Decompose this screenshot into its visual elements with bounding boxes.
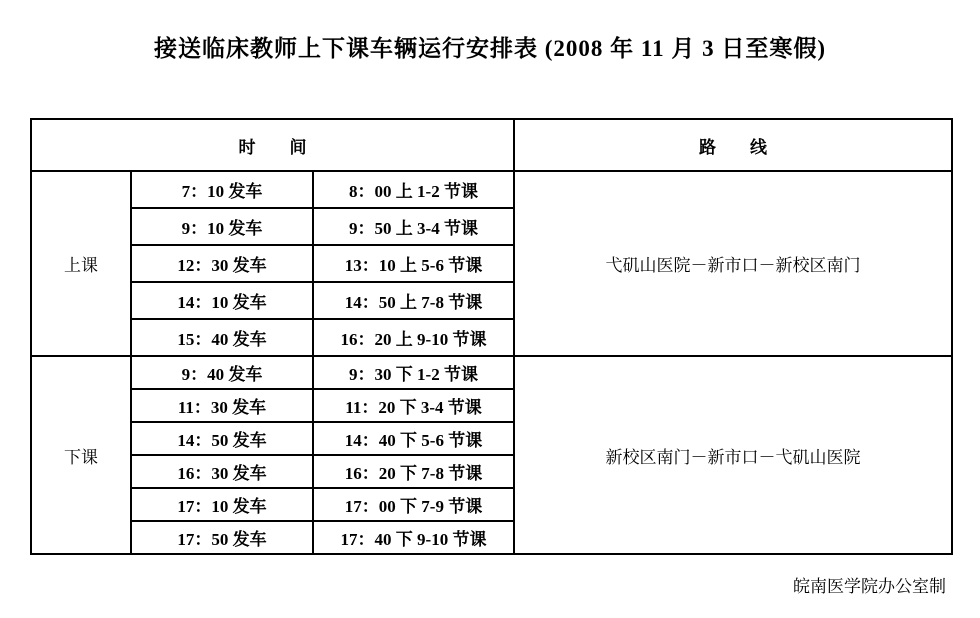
departure-time-cell: 11：30 发车 xyxy=(131,389,313,422)
route-to-class: 弋矶山医院－新市口－新校区南门 xyxy=(514,171,952,356)
class-time-cell: 16：20 下 7-8 节课 xyxy=(313,455,514,488)
departure-time-cell: 9：40 发车 xyxy=(131,356,313,389)
time-column-header: 时 间 xyxy=(31,119,514,171)
departure-time-cell: 16：30 发车 xyxy=(131,455,313,488)
class-time-cell: 8：00 上 1-2 节课 xyxy=(313,171,514,208)
document-title: 接送临床教师上下课车辆运行安排表 (2008 年 11 月 3 日至寒假) xyxy=(0,30,980,63)
class-time-cell: 17：00 下 7-9 节课 xyxy=(313,488,514,521)
class-time-cell: 13：10 上 5-6 节课 xyxy=(313,245,514,282)
route-from-class: 新校区南门－新市口－弋矶山医院 xyxy=(514,356,952,554)
departure-time-cell: 14：10 发车 xyxy=(131,282,313,319)
document-page: 接送临床教师上下课车辆运行安排表 (2008 年 11 月 3 日至寒假) 时 … xyxy=(0,0,980,618)
table-header-row: 时 间 路 线 xyxy=(31,119,952,171)
section-label-xiake: 下课 xyxy=(31,356,131,554)
class-time-cell: 11：20 下 3-4 节课 xyxy=(313,389,514,422)
route-column-header: 路 线 xyxy=(514,119,952,171)
departure-time-cell: 17：10 发车 xyxy=(131,488,313,521)
class-time-cell: 14：40 下 5-6 节课 xyxy=(313,422,514,455)
bus-schedule-table: 时 间 路 线 上课 7：10 发车 8：00 上 1-2 节课 弋矶山医院－新… xyxy=(30,118,953,555)
departure-time-cell: 14：50 发车 xyxy=(131,422,313,455)
class-time-cell: 14：50 上 7-8 节课 xyxy=(313,282,514,319)
departure-time-cell: 15：40 发车 xyxy=(131,319,313,356)
class-time-cell: 9：50 上 3-4 节课 xyxy=(313,208,514,245)
table-row: 下课 9：40 发车 9：30 下 1-2 节课 新校区南门－新市口－弋矶山医院 xyxy=(31,356,952,389)
class-time-cell: 16：20 上 9-10 节课 xyxy=(313,319,514,356)
departure-time-cell: 17：50 发车 xyxy=(131,521,313,554)
departure-time-cell: 12：30 发车 xyxy=(131,245,313,282)
table-row: 上课 7：10 发车 8：00 上 1-2 节课 弋矶山医院－新市口－新校区南门 xyxy=(31,171,952,208)
departure-time-cell: 7：10 发车 xyxy=(131,171,313,208)
departure-time-cell: 9：10 发车 xyxy=(131,208,313,245)
class-time-cell: 17：40 下 9-10 节课 xyxy=(313,521,514,554)
issuing-office-credit: 皖南医学院办公室制 xyxy=(793,572,946,597)
class-time-cell: 9：30 下 1-2 节课 xyxy=(313,356,514,389)
section-label-shangke: 上课 xyxy=(31,171,131,356)
